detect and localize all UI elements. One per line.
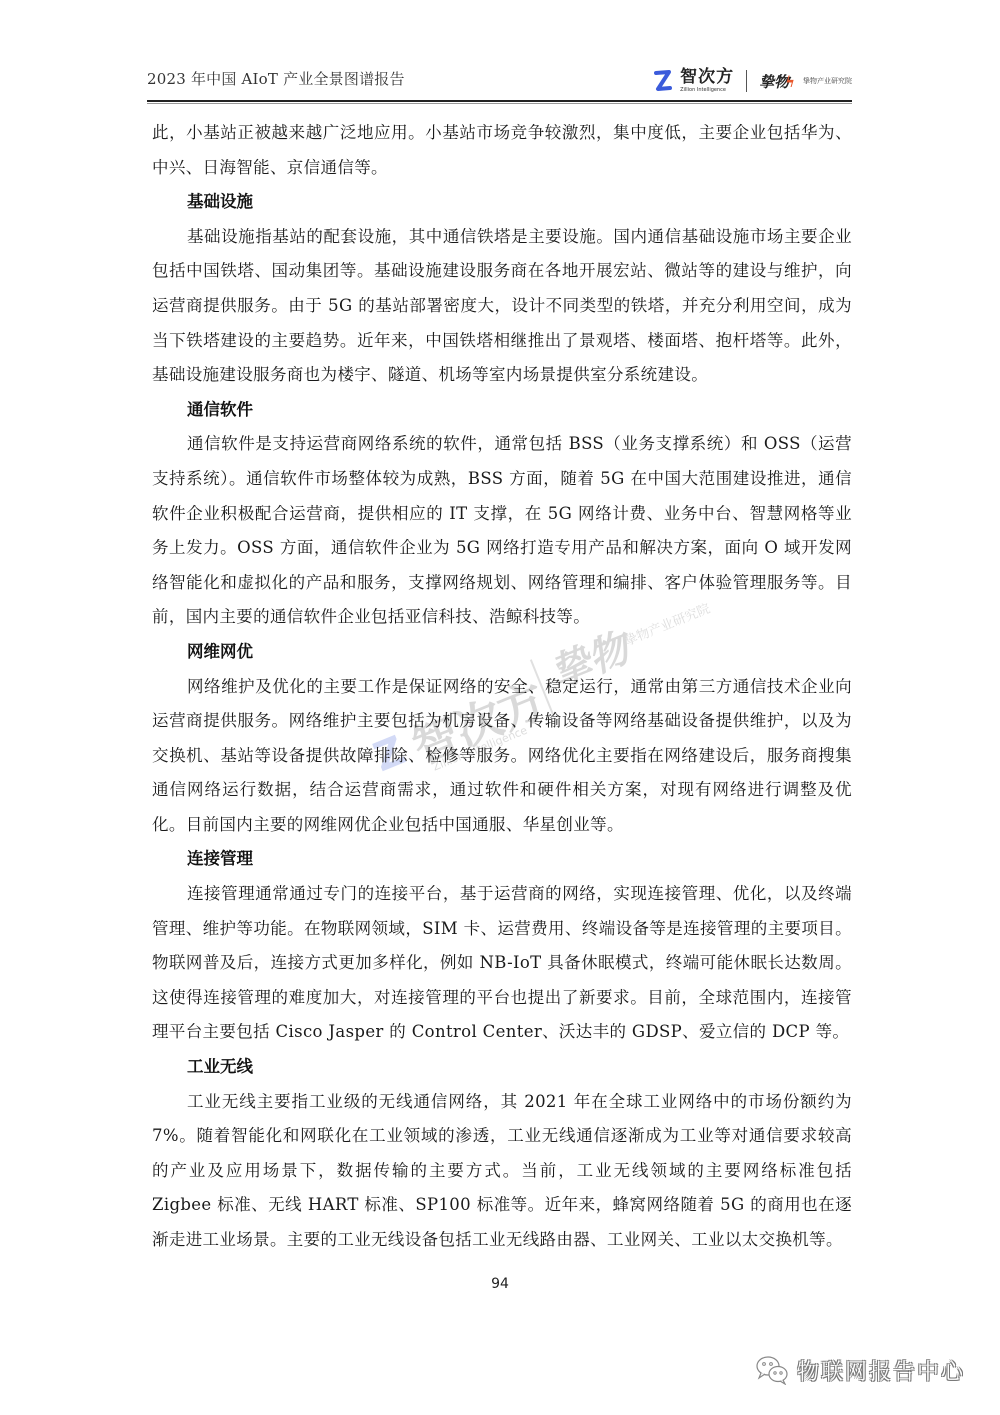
wechat-icon [755, 1355, 789, 1385]
paragraph-telecom-software: 通信软件是支持运营商网络系统的软件，通常包括 BSS（业务支撑系统）和 OSS（… [152, 427, 852, 635]
section-heading-connection-management: 连接管理 [152, 842, 852, 877]
logo-divider [746, 70, 747, 92]
bolt-icon: ϟ [785, 73, 795, 91]
z-logo-icon [652, 68, 674, 94]
paragraph-industrial-wireless: 工业无线主要指工业级的无线通信网络，其 2021 年在全球工业网络中的市场份额约… [152, 1085, 852, 1258]
paragraph-network-maintenance: 网络维护及优化的主要工作是保证网络的安全、稳定运行，通常由第三方通信技术企业向运… [152, 670, 852, 843]
document-body: 此，小基站正被越来越广泛地应用。小基站市场竞争较激烈，集中度低，主要企业包括华为… [152, 116, 852, 1258]
paragraph-intro: 此，小基站正被越来越广泛地应用。小基站市场竞争较激烈，集中度低，主要企业包括华为… [152, 116, 852, 185]
report-title: 2023 年中国 AIoT 产业全景图谱报告 [147, 68, 405, 89]
page-header: 2023 年中国 AIoT 产业全景图谱报告 智次方 Zillion Intel… [147, 62, 852, 100]
zhiwu-logo: 挚物ϟ [759, 71, 795, 92]
zillion-logo-cn: 智次方 [680, 69, 734, 86]
zhiwu-logo-subtitle: 挚物产业研究院 [803, 76, 852, 86]
section-heading-network-maintenance: 网维网优 [152, 635, 852, 670]
header-logos: 智次方 Zillion Intelligence 挚物ϟ 挚物产业研究院 [652, 62, 852, 100]
page-number: 94 [0, 1276, 1000, 1292]
section-heading-infrastructure: 基础设施 [152, 185, 852, 220]
wechat-account-name: 物联网报告中心 [797, 1355, 965, 1386]
section-heading-industrial-wireless: 工业无线 [152, 1050, 852, 1085]
section-heading-telecom-software: 通信软件 [152, 393, 852, 428]
zillion-logo-en: Zillion Intelligence [680, 88, 726, 93]
paragraph-connection-management: 连接管理通常通过专门的连接平台，基于运营商的网络，实现连接管理、优化，以及终端管… [152, 877, 852, 1050]
header-divider-thin [147, 103, 852, 104]
header-divider [147, 100, 852, 102]
zillion-logo: 智次方 Zillion Intelligence [680, 69, 734, 93]
paragraph-infrastructure: 基础设施指基站的配套设施，其中通信铁塔是主要设施。国内通信基础设施市场主要企业包… [152, 220, 852, 393]
wechat-account-badge: 物联网报告中心 [755, 1350, 965, 1390]
